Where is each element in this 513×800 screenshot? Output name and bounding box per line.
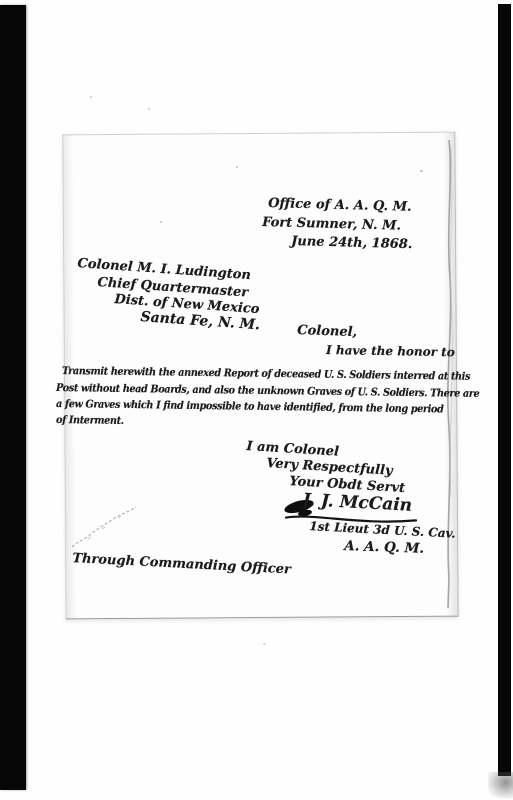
paper-speck (160, 221, 162, 223)
film-edge-left-bar (0, 5, 26, 790)
body-opening-line: I have the honor to (326, 343, 455, 359)
letterhead-date-line: June 24th, 1868. (291, 234, 413, 252)
paper-speck (90, 96, 92, 98)
paper-speck (236, 166, 238, 168)
paper-speck (148, 108, 150, 110)
signature-office: A. A. Q. M. (344, 538, 424, 557)
body-line-4: of Interment. (56, 414, 124, 427)
film-edge-right-bar (498, 4, 511, 776)
paper-speck (263, 643, 266, 645)
microfilm-scan: Office of A. A. Q. M. Fort Sumner, N. M.… (0, 0, 513, 800)
paper-speck (420, 170, 423, 172)
film-edge-right-smudge (488, 772, 513, 798)
pencil-annotation (68, 505, 140, 551)
salutation: Colonel, (297, 323, 357, 340)
